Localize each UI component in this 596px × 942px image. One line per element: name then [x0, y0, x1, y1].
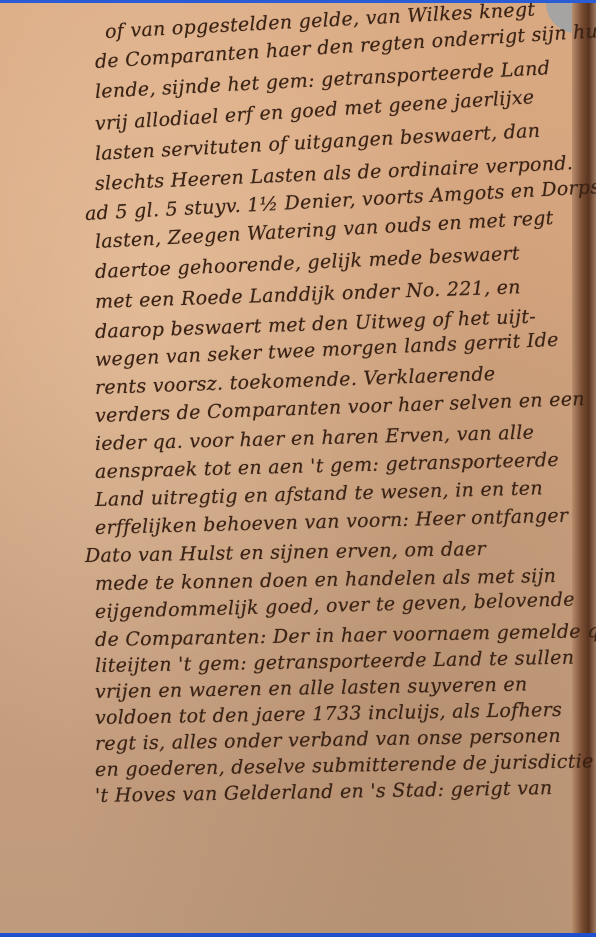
- manuscript-line: voldoen tot den jaere 1733 incluijs, als…: [95, 699, 562, 729]
- manuscript-line: de Comparanten: Der in haer voornaem gem…: [95, 620, 596, 651]
- manuscript-line: regt is, alles onder verband van onse pe…: [95, 725, 561, 755]
- manuscript-line: liteijten 't gem: getransporteerde Land …: [95, 647, 575, 677]
- manuscript-text: of van opgestelden gelde, van Wilkes kne…: [0, 3, 596, 933]
- window-bottom-border: [0, 933, 596, 937]
- manuscript-line: erffelijken behoeven van voorn: Heer ont…: [95, 505, 569, 539]
- manuscript-photo: of van opgestelden gelde, van Wilkes kne…: [0, 3, 596, 933]
- image-viewer: of van opgestelden gelde, van Wilkes kne…: [0, 0, 596, 942]
- manuscript-line: vrijen en waeren en alle lasten suyveren…: [95, 673, 528, 703]
- manuscript-line: Land uitregtig en afstand te wesen, in e…: [95, 477, 543, 511]
- manuscript-line: ieder qa. voor haer en haren Erven, van …: [95, 422, 535, 455]
- manuscript-line: 't Hoves van Gelderland en 's Stad: geri…: [95, 777, 553, 807]
- manuscript-line: en goederen, deselve submitterende de ju…: [95, 750, 594, 781]
- manuscript-line: Dato van Hulst en sijnen erven, om daer: [85, 538, 486, 567]
